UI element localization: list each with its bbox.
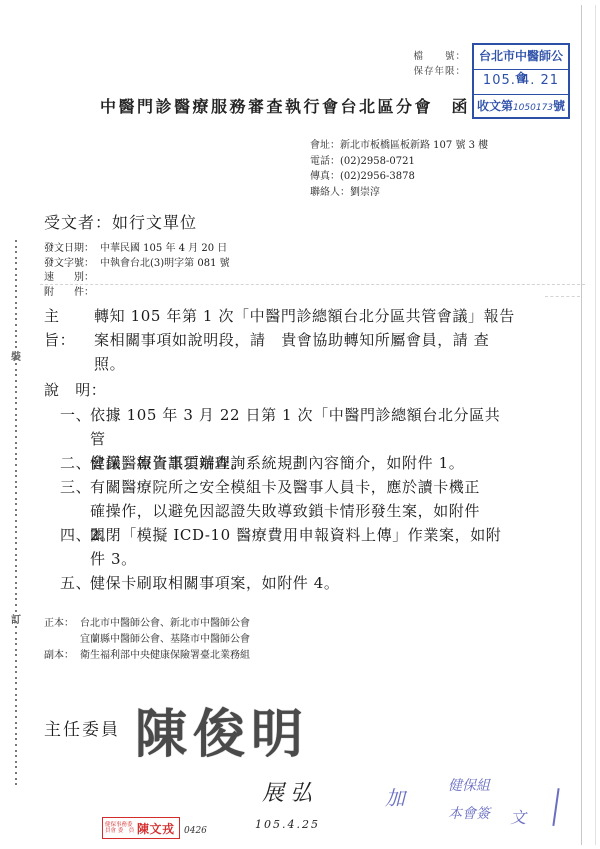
binding-dot: [15, 240, 17, 242]
binding-dot: [15, 475, 17, 477]
binding-dot: [15, 694, 17, 696]
received-stamp: 台北市中醫師公會 105. 4. 21 收文第1050173號: [472, 43, 570, 119]
retention-period-label: 保存年限：: [396, 63, 466, 77]
item-line: 依據 105 年 3 月 22 日第 1 次「中醫門診總額台北分區共管: [90, 403, 510, 451]
binding-dot: [15, 671, 17, 673]
binding-dot: [15, 531, 17, 533]
page-edge-line: [595, 5, 596, 845]
binding-dot: [15, 268, 17, 270]
document-title: 中醫門診醫療服務審查執行會台北區分會 函: [100, 94, 470, 117]
stamp-receipt-prefix: 收文第: [477, 99, 513, 113]
issue-date-value: 中華民國 105 年 4 月 20 日: [100, 243, 227, 254]
contact-person: 聯絡人：劉崇淳: [310, 185, 488, 201]
stamp-receipt-suffix: 號: [553, 99, 565, 113]
binding-dot: [15, 559, 17, 561]
contact-info: 會址：新北市板橋區板新路 107 號 3 樓 電話：(02)2958-0721 …: [310, 138, 488, 200]
binding-dot: [15, 369, 17, 371]
reference-value: 中執會台北(3)明字第 081 號: [100, 258, 230, 269]
binding-dot: [15, 453, 17, 455]
binding-dot: [15, 682, 17, 684]
seal-name: 陳文戎: [137, 820, 175, 837]
stamp-org: 台北市中醫師公會: [474, 45, 568, 69]
binding-dot: [15, 604, 17, 606]
binding-dot: [15, 430, 17, 432]
issue-date-label: 發文日期：: [44, 242, 100, 257]
handwritten-stroke: [552, 788, 559, 826]
binding-dot: [15, 324, 17, 326]
binding-dot: [15, 380, 17, 382]
item-number: 四、: [60, 523, 90, 547]
stamp-date: 105. 4. 21: [474, 69, 568, 94]
binding-dot: [15, 509, 17, 511]
binding-dot: [15, 778, 17, 780]
binding-dot: [15, 436, 17, 438]
binding-dot: [15, 302, 17, 304]
binding-dot: [15, 761, 17, 763]
binding-dot: [15, 593, 17, 595]
item-text: 健保卡刷取相關事項案，如附件 4。: [90, 571, 510, 595]
handwritten-note: 文: [510, 805, 526, 828]
binding-dot: [15, 626, 17, 628]
binding-dot: [15, 313, 17, 315]
binding-dot: [15, 526, 17, 528]
original-label: 正本：: [44, 616, 80, 632]
original-value: 台北市中醫師公會、新北市中醫師公會: [80, 618, 250, 629]
binding-dot: [15, 638, 17, 640]
binding-dot: [15, 514, 17, 516]
binding-dot: [15, 335, 17, 337]
subject-text: 轉知 105 年第 1 次「中醫門診總額台北分區共管會議」報告 案相關事項如說明…: [94, 304, 554, 376]
recipient: 受文者：如行文單位: [44, 210, 197, 233]
binding-dot: [15, 425, 17, 427]
binding-dot: [15, 699, 17, 701]
binding-dot: [15, 307, 17, 309]
original-recipients: 正本：台北市中醫師公會、新北市中醫師公會: [44, 616, 250, 632]
stamp-receipt-number: 1050173: [513, 103, 553, 113]
subject-line: 照。: [94, 352, 554, 376]
binding-dot: [15, 570, 17, 572]
binding-mark: 訂: [11, 611, 21, 626]
binding-dot: [15, 358, 17, 360]
explanation-label: 說 明：: [44, 378, 106, 402]
signatory-title: 主任委員: [44, 715, 120, 740]
handwritten-date: 105.4.25: [255, 818, 320, 831]
binding-dot: [15, 738, 17, 740]
binding-dot: [15, 318, 17, 320]
binding-dot: [15, 492, 17, 494]
binding-dot: [15, 397, 17, 399]
handwritten-name: 展弘: [262, 776, 318, 807]
item-line: 關閉「模擬 ICD-10 醫療費用申報資料上傳」作業案，如附: [90, 523, 510, 547]
subject-line: 案相關事項如說明段，請 貴會協助轉知所屬會員，請 查: [94, 328, 554, 352]
red-seal-stamp: 健保事務委員會 委 員 陳文戎: [102, 817, 180, 839]
binding-dot: [15, 727, 17, 729]
binding-dot: [15, 772, 17, 774]
reference-row: 發文字號：中執會台北(3)明字第 081 號: [44, 257, 230, 272]
item-line: 有關醫療院所之安全模組卡及醫事人員卡，應於讀卡機正: [90, 475, 510, 499]
binding-dot: [15, 330, 17, 332]
binding-dot: [15, 660, 17, 662]
issue-date-row: 發文日期：中華民國 105 年 4 月 20 日: [44, 242, 230, 257]
attachment-label: 附 件：: [44, 286, 100, 301]
binding-dot: [15, 710, 17, 712]
file-number-label: 檔 號：: [396, 48, 466, 62]
binding-dot: [15, 419, 17, 421]
item-line: 件 3。: [90, 547, 510, 571]
copy-value: 衛生福利部中央健康保險署臺北業務組: [80, 650, 250, 661]
binding-dot: [15, 296, 17, 298]
binding-dot: [15, 750, 17, 752]
binding-dot: [15, 587, 17, 589]
original-value-cont: 宜蘭縣中醫師公會、基隆市中醫師公會: [44, 632, 250, 648]
binding-dot: [15, 274, 17, 276]
page-edge-line: [581, 5, 582, 845]
item-text: 健保醫療資訊雲端查詢系統規劃內容簡介，如附件 1。: [90, 451, 510, 475]
binding-dot: [15, 363, 17, 365]
binding-dot: [15, 542, 17, 544]
binding-dot: [15, 783, 17, 785]
copy-label: 副本：: [44, 648, 80, 664]
binding-dot: [15, 290, 17, 292]
document-meta: 發文日期：中華民國 105 年 4 月 20 日 發文字號：中執會台北(3)明字…: [44, 242, 230, 300]
binding-dot: [15, 666, 17, 668]
binding-dot: [15, 503, 17, 505]
item-number: 五、: [60, 571, 90, 595]
binding-dot: [15, 486, 17, 488]
binding-dot: [15, 576, 17, 578]
binding-dot: [15, 548, 17, 550]
signatory-name: 陳俊明: [135, 692, 309, 767]
binding-dot: [15, 257, 17, 259]
reference-label: 發文字號：: [44, 257, 100, 272]
item-number: 一、: [60, 403, 90, 427]
subject-label: 主 旨：: [44, 304, 94, 352]
contact-address: 會址：新北市板橋區板新路 107 號 3 樓: [310, 138, 488, 154]
binding-dot: [15, 554, 17, 556]
binding-dot: [15, 442, 17, 444]
binding-dot: [15, 766, 17, 768]
binding-dot: [15, 722, 17, 724]
binding-dot: [15, 262, 17, 264]
handwritten-number: 0426: [184, 826, 207, 836]
item-number: 二、: [60, 451, 90, 475]
binding-dot: [15, 582, 17, 584]
binding-dot: [15, 285, 17, 287]
binding-dot: [15, 414, 17, 416]
binding-dot: [15, 643, 17, 645]
binding-dot: [15, 498, 17, 500]
binding-dot: [15, 470, 17, 472]
binding-dot: [15, 565, 17, 567]
binding-dot: [15, 447, 17, 449]
binding-dot: [15, 464, 17, 466]
distribution-list: 正本：台北市中醫師公會、新北市中醫師公會 宜蘭縣中醫師公會、基隆市中醫師公會 副…: [44, 616, 250, 664]
item-number: 三、: [60, 475, 90, 499]
fold-line: [545, 296, 580, 297]
binding-dot: [15, 688, 17, 690]
handwritten-note: 本會簽: [448, 803, 490, 823]
binding-dot: [15, 744, 17, 746]
binding-dot: [15, 716, 17, 718]
binding-dot: [15, 386, 17, 388]
binding-dot: [15, 251, 17, 253]
binding-dot: [15, 458, 17, 460]
binding-mark: 裝: [11, 348, 21, 363]
binding-dot: [15, 402, 17, 404]
item-line: 健保醫療資訊雲端查詢系統規劃內容簡介，如附件 1。: [90, 451, 510, 475]
binding-dot: [15, 654, 17, 656]
binding-dot: [15, 632, 17, 634]
item-line: 健保卡刷取相關事項案，如附件 4。: [90, 571, 510, 595]
binding-dot: [15, 705, 17, 707]
binding-dot: [15, 391, 17, 393]
contact-phone: 電話：(02)2958-0721: [310, 154, 488, 170]
handwritten-note: 健保組: [448, 775, 490, 795]
binding-dot: [15, 537, 17, 539]
binding-dot: [15, 279, 17, 281]
binding-dot: [15, 408, 17, 410]
binding-dot: [15, 520, 17, 522]
stamp-receipt: 收文第1050173號: [474, 94, 568, 119]
attachment-row: 附 件：: [44, 286, 230, 301]
item-text: 關閉「模擬 ICD-10 醫療費用申報資料上傳」作業案，如附 件 3。: [90, 523, 510, 571]
seal-title: 健保事務委員會 委 員: [103, 822, 137, 834]
binding-dot: [15, 677, 17, 679]
speed-label: 速 別：: [44, 271, 100, 286]
binding-dot: [15, 341, 17, 343]
binding-dot: [15, 374, 17, 376]
handwritten-note: 加: [385, 782, 405, 811]
copy-recipients: 副本：衛生福利部中央健康保險署臺北業務組: [44, 648, 250, 664]
binding-dot: [15, 649, 17, 651]
contact-fax: 傳真：(02)2956-3878: [310, 169, 488, 185]
binding-dot: [15, 733, 17, 735]
speed-row: 速 別：: [44, 271, 230, 286]
binding-dot: [15, 246, 17, 248]
binding-dot: [15, 481, 17, 483]
binding-dot: [15, 755, 17, 757]
binding-dot: [15, 621, 17, 623]
binding-dot: [15, 598, 17, 600]
subject-line: 轉知 105 年第 1 次「中醫門診總額台北分區共管會議」報告: [94, 304, 554, 328]
